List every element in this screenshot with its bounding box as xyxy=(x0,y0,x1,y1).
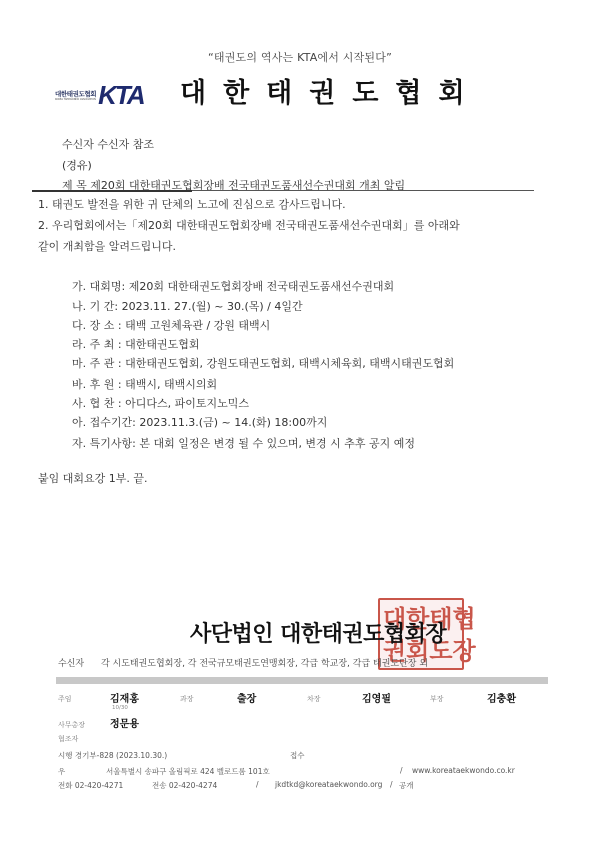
detail-item-notes: 자. 특기사항: 본 대회 일정은 변경 될 수 있으며, 변경 시 추후 공지… xyxy=(72,435,415,451)
attachment-line: 붙임 대회요강 1부. 끝. xyxy=(38,470,148,486)
kta-logo-mark: KTA xyxy=(98,80,144,110)
approval-name: 김충환 xyxy=(487,690,516,705)
approval-name: 김영필 xyxy=(362,690,391,705)
subject-underline-accent xyxy=(32,190,192,192)
detail-item-name: 가. 대회명: 제20회 대한태권도협회장배 전국태권도품새선수권대회 xyxy=(72,278,394,294)
website-link[interactable]: www.koreataekwondo.co.kr xyxy=(412,766,515,775)
approval-role: 부장 xyxy=(430,694,444,704)
detail-item-sponsor: 바. 후 원 : 태백시, 태백시의회 xyxy=(72,376,217,392)
detail-item-venue: 다. 장 소 : 태백 고원체육관 / 강원 태백시 xyxy=(72,317,270,333)
fax-number: 전송 02-420-4274 xyxy=(152,780,217,791)
separator: / xyxy=(400,766,403,775)
cooperator-label: 협조자 xyxy=(58,734,78,744)
approval-name: 출장 xyxy=(237,690,256,705)
enforcement-number: 시행 경기부-828 (2023.10.30.) xyxy=(58,750,167,761)
distribution-list: 수신자 각 시도태권도협회장, 각 전국규모태권도연맹회장, 각급 학교장, 각… xyxy=(58,656,428,669)
separator: / xyxy=(390,780,393,789)
detail-item-host: 라. 주 최 : 대한태권도협회 xyxy=(72,336,199,352)
slogan: “태권도의 역사는 KTA에서 시작된다” xyxy=(0,49,600,65)
postal-label: 우 xyxy=(58,766,65,777)
detail-item-registration: 아. 접수기간: 2023.11.3.(금) ~ 14.(화) 18:00까지 xyxy=(72,414,327,430)
via-line: (경유) xyxy=(62,157,92,173)
sender-title: 사단법인 대한태권도협회장 xyxy=(190,617,446,648)
logo-small-korean: 대한태권도협회 xyxy=(55,90,96,98)
disclosure-status: 공개 xyxy=(399,780,414,791)
recipient-line: 수신자 수신자 참조 xyxy=(62,136,154,152)
approval-role: 주임 xyxy=(58,694,72,704)
receipt-label: 접수 xyxy=(290,750,305,761)
detail-item-cosponsor: 사. 협 찬 : 아디다스, 파이토지노믹스 xyxy=(72,395,249,411)
secretary-role: 사무총장 xyxy=(58,720,85,730)
logo-small-english: KOREA TAEKWONDO ASSOCIATION xyxy=(55,98,96,101)
phone-number: 전화 02-420-4271 xyxy=(58,780,123,791)
paragraph-1: 1. 태권도 발전을 위한 귀 단체의 노고에 진심으로 감사드립니다. xyxy=(38,195,346,215)
paragraph-2: 2. 우리협회에서는「제20회 대한태권도협회장배 전국태권도품새선수권대회」를… xyxy=(38,216,460,236)
address: 서울특별시 송파구 올림픽로 424 벨로드롬 101호 xyxy=(106,766,270,777)
paragraph-2-cont: 같이 개최함을 알려드립니다. xyxy=(38,237,176,257)
detail-item-period: 나. 기 간: 2023.11. 27.(월) ~ 30.(목) / 4일간 xyxy=(72,298,303,314)
distribution-label: 수신자 xyxy=(58,659,84,669)
email-link[interactable]: jkdtkd@koreataekwondo.org xyxy=(275,780,382,789)
kta-logo: 대한태권도협회 KOREA TAEKWONDO ASSOCIATION KTA xyxy=(55,80,144,110)
approval-date: 10/30 xyxy=(112,705,128,711)
approval-role: 과장 xyxy=(180,694,194,704)
detail-item-organizer: 마. 주 관 : 대한태권도협회, 강원도태권도협회, 태백시체육회, 태백시태… xyxy=(72,355,454,371)
separator: / xyxy=(256,780,259,789)
secretary-name: 정문용 xyxy=(110,715,139,730)
org-title: 대한태권도협회 xyxy=(180,76,482,112)
distribution-recipients: 각 시도태권도협회장, 각 전국규모태권도연맹회장, 각급 학교장, 각급 태권… xyxy=(101,659,428,669)
approval-role: 차장 xyxy=(307,694,321,704)
divider-bar xyxy=(56,677,548,684)
logo-text-block: 대한태권도협회 KOREA TAEKWONDO ASSOCIATION xyxy=(55,90,96,101)
approval-name: 김재홍 xyxy=(110,690,139,705)
